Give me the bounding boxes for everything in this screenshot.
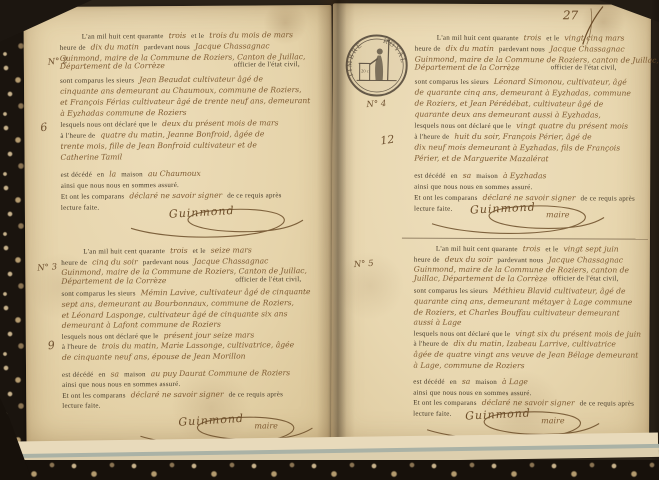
- printed-text: officier de l'état civil,: [551, 63, 617, 74]
- act-divider-rule: [402, 238, 648, 240]
- act-line: L'an mil huit cent quarantetroiset levin…: [414, 242, 646, 254]
- handwritten-text: à Lage, commune de Roziers: [413, 360, 524, 369]
- mayor-signature: Guinmond maire: [418, 200, 608, 235]
- act-line: et François Férias cultivateur âgé de tr…: [60, 93, 330, 106]
- act-line: âgée de quatre vingt ans veuve de Jean B…: [413, 348, 645, 360]
- handwritten-text: déclaré ne savoir signer: [129, 191, 222, 201]
- signature-title: maire: [254, 421, 278, 430]
- act-tally-margin: 9: [47, 338, 56, 352]
- handwritten-text: Département de la Corrèze: [61, 276, 166, 287]
- handwritten-text: sa: [462, 377, 470, 386]
- act-tally-margin: 12: [380, 133, 396, 148]
- death-act-entry: L'an mil huit cent quarantetroiset lesei…: [61, 243, 332, 410]
- act-line: de cinquante neuf ans, épouse de Jean Mo…: [62, 349, 332, 361]
- act-tally-margin: 6: [39, 120, 48, 134]
- right-page: 27 TIMBRE ROYAL 20 c N° 4: [331, 3, 651, 445]
- signature-title: maire: [546, 210, 570, 219]
- handwritten-text: de cinquante neuf ans, épouse de Jean Mo…: [62, 351, 246, 361]
- printed-text: de ce requis après: [227, 191, 282, 199]
- printed-text: officier de l'état civil,: [235, 275, 301, 286]
- printed-text: et le: [545, 245, 558, 253]
- handwritten-text: à Lage: [502, 377, 528, 386]
- scanned-register-spread: N° 2 6 L'an mil huit cent quarantetroise…: [0, 0, 659, 480]
- mayor-signature: Guinmond: [117, 203, 307, 238]
- handwritten-text: déclaré ne savoir signer: [131, 389, 224, 399]
- left-page: N° 2 6 L'an mil huit cent quarantetroise…: [23, 5, 334, 444]
- act-line: quarante cinq ans, demeurant métayer à L…: [414, 295, 646, 307]
- death-act-entry: L'an mil huit cent quarantetroiset levin…: [414, 30, 647, 213]
- handwritten-text: Périer, et de Marguerite Mazalérat: [414, 154, 548, 164]
- act-line: à Lage, commune de Roziers: [413, 358, 645, 370]
- act-line: sept ans, demeurant au Bourbonnaux, comm…: [62, 296, 332, 308]
- book-cover-bottom: [0, 460, 659, 480]
- act-number-margin: N° 3: [37, 262, 58, 273]
- handwritten-text: Juillac, Département de la Corrèze: [414, 273, 548, 284]
- handwritten-text: Département de la Corrèze: [415, 63, 520, 74]
- printed-text: officier de l'état civil,: [553, 274, 619, 285]
- death-act-entry: L'an mil huit cent quarantetroiset letro…: [60, 27, 331, 211]
- handwritten-text: trois: [170, 246, 188, 255]
- act-number-margin: N° 5: [354, 259, 374, 270]
- printed-text: lecture faite.: [62, 402, 101, 410]
- folio-number: 27: [563, 8, 578, 22]
- death-act-entry: L'an mil huit cent quarantetroiset levin…: [413, 242, 646, 419]
- handwritten-text: Département de la Corrèze: [60, 61, 165, 73]
- act-line: aussi à Lage: [414, 316, 646, 328]
- timbre-royal-stamp-icon: TIMBRE ROYAL 20 c: [343, 31, 411, 99]
- printed-text: de ce requis après: [229, 390, 284, 398]
- handwritten-text: vingt sept juin: [563, 244, 618, 253]
- handwritten-text: Catherine Tamil: [60, 152, 122, 161]
- printed-text: officier de l'état civil,: [234, 60, 300, 71]
- printed-text: et le: [193, 247, 206, 255]
- handwritten-text: trois: [523, 244, 541, 253]
- act-line: est décédéensamaisonà Lage: [413, 375, 645, 387]
- printed-text: lecture faite.: [61, 204, 100, 212]
- page-edge-shadow: [651, 0, 659, 480]
- handwritten-text: aussi à Lage: [414, 318, 462, 327]
- printed-text: en: [450, 378, 457, 386]
- act-number-margin: N° 4: [366, 99, 386, 110]
- svg-text:20 c: 20 c: [361, 68, 369, 73]
- handwritten-text: seize mars: [211, 245, 252, 254]
- signature-title: maire: [541, 416, 565, 425]
